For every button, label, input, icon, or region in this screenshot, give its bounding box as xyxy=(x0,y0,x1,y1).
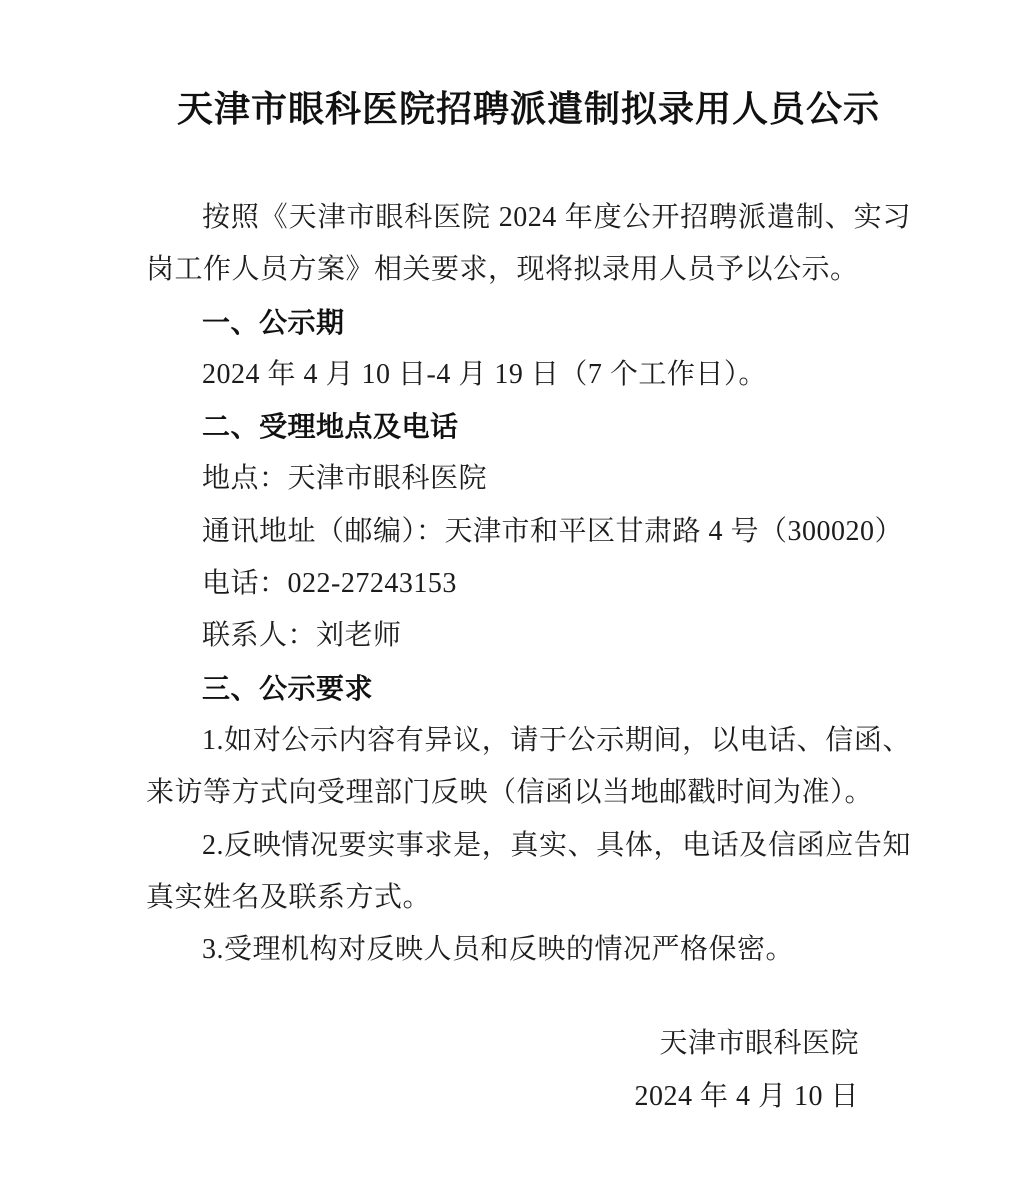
section-2-paragraph-phone: 电话：022-27243153 xyxy=(146,558,911,610)
intro-paragraph: 按照《天津市眼科医院 2024 年度公开招聘派遣制、实习岗工作人员方案》相关要求… xyxy=(146,192,911,297)
document-title: 天津市眼科医院招聘派遣制拟录用人员公示 xyxy=(146,86,911,132)
signature-organization: 天津市眼科医院 xyxy=(146,1018,859,1070)
section-2-paragraph-mailing-address: 通讯地址（邮编）：天津市和平区甘肃路 4 号（300020） xyxy=(146,506,911,558)
document-page: 天津市眼科医院招聘派遣制拟录用人员公示 按照《天津市眼科医院 2024 年度公开… xyxy=(0,0,1023,1200)
section-3-paragraph-item-2: 2.反映情况要实事求是，真实、具体，电话及信函应告知真实姓名及联系方式。 xyxy=(146,820,911,925)
section-3-paragraph-item-3: 3.受理机构对反映人员和反映的情况严格保密。 xyxy=(146,924,911,976)
section-1-heading: 一、公示期 xyxy=(146,297,911,349)
document-body: 按照《天津市眼科医院 2024 年度公开招聘派遣制、实习岗工作人员方案》相关要求… xyxy=(146,192,911,1123)
section-1-paragraph-publicity-period: 2024 年 4 月 10 日-4 月 19 日（7 个工作日）。 xyxy=(146,349,911,401)
signature-date: 2024 年 4 月 10 日 xyxy=(146,1071,859,1123)
signature-block: 天津市眼科医院 2024 年 4 月 10 日 xyxy=(146,1018,911,1123)
section-2-paragraph-location: 地点：天津市眼科医院 xyxy=(146,453,911,505)
section-2-paragraph-contact-person: 联系人：刘老师 xyxy=(146,610,911,662)
section-2-heading: 二、受理地点及电话 xyxy=(146,401,911,453)
section-3-heading: 三、公示要求 xyxy=(146,663,911,715)
section-3-paragraph-item-1: 1.如对公示内容有异议，请于公示期间，以电话、信函、来访等方式向受理部门反映（信… xyxy=(146,715,911,820)
notice-document: 天津市眼科医院招聘派遣制拟录用人员公示 按照《天津市眼科医院 2024 年度公开… xyxy=(0,0,1023,1123)
